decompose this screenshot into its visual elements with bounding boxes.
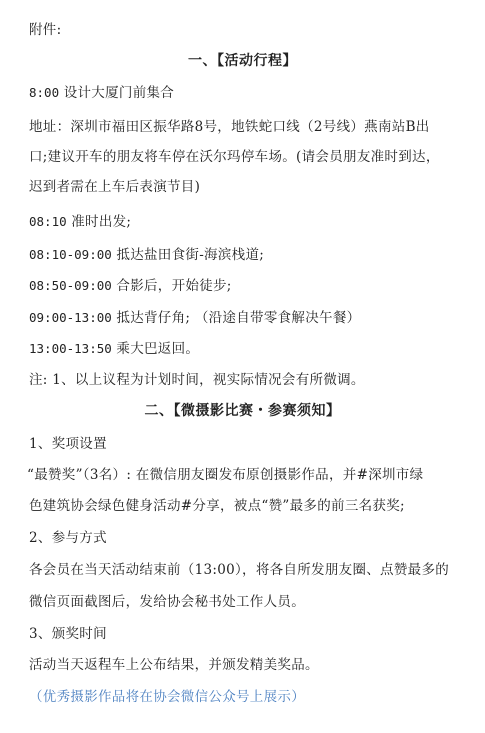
schedule-text: 合影后，开始徒步; xyxy=(112,278,232,294)
schedule-time: 09:00-13:00 xyxy=(29,310,112,325)
gather-text: 设计大厦门前集合 xyxy=(59,85,174,101)
attachment-label: 附件: xyxy=(29,21,61,39)
schedule-note: 注: 1、以上议程为计划时间，视实际情况会有所微调。 xyxy=(29,371,365,389)
schedule-time: 08:10 xyxy=(29,214,67,229)
item-1-line-1: “最赞奖”（3名）: 在微信朋友圈发布原创摄影作品，并#深圳市绿 xyxy=(27,466,423,484)
schedule-time: 13:00-13:50 xyxy=(29,341,112,356)
item-2-title: 2、参与方式 xyxy=(29,529,107,547)
address-line-3: 迟到者需在上车后表演节目) xyxy=(29,178,200,196)
item-1-title: 1、奖项设置 xyxy=(29,435,107,453)
item-2-line-1: 各会员在当天活动结束前（13:00），将各自所发朋友圈、点赞最多的 xyxy=(29,561,449,579)
schedule-item: 08:10 准时出发; xyxy=(29,213,131,231)
section-2-title: 二、【微摄影比赛・参赛须知】 xyxy=(0,402,485,420)
item-3-line-1: 活动当天返程车上公布结果，并颁发精美奖品。 xyxy=(29,656,319,674)
schedule-text: 抵达盐田食街-海滨栈道; xyxy=(112,247,264,263)
schedule-item: 08:10-09:00 抵达盐田食街-海滨栈道; xyxy=(29,246,264,264)
section-1-title: 一、【活动行程】 xyxy=(0,52,485,70)
gather-line: 8:00 设计大厦门前集合 xyxy=(29,84,174,102)
schedule-item: 09:00-13:00 抵达背仔角; （沿途自带零食解决午餐） xyxy=(29,309,360,327)
schedule-text: 抵达背仔角; （沿途自带零食解决午餐） xyxy=(112,310,361,326)
item-1-line-2: 色建筑协会绿色健身活动#分享，被点“赞”最多的前三名获奖; xyxy=(29,497,405,515)
gather-time: 8:00 xyxy=(29,85,59,100)
schedule-item: 08:50-09:00 合影后，开始徒步; xyxy=(29,277,232,295)
schedule-text: 乘大巴返回。 xyxy=(112,341,199,357)
item-2-line-2: 微信页面截图后，发给协会秘书处工作人员。 xyxy=(29,593,305,611)
schedule-item: 13:00-13:50 乘大巴返回。 xyxy=(29,340,199,358)
item-3-title: 3、颁奖时间 xyxy=(29,625,107,643)
address-line-1: 地址：深圳市福田区振华路8号，地铁蛇口线（2号线）燕南站B出 xyxy=(29,118,430,136)
schedule-text: 准时出发; xyxy=(67,214,132,230)
address-line-2: 口;建议开车的朋友将车停在沃尔玛停车场。(请会员朋友准时到达， xyxy=(29,148,440,166)
schedule-time: 08:50-09:00 xyxy=(29,278,112,293)
schedule-time: 08:10-09:00 xyxy=(29,247,112,262)
showcase-note: （优秀摄影作品将在协会微信公众号上展示） xyxy=(29,688,305,706)
